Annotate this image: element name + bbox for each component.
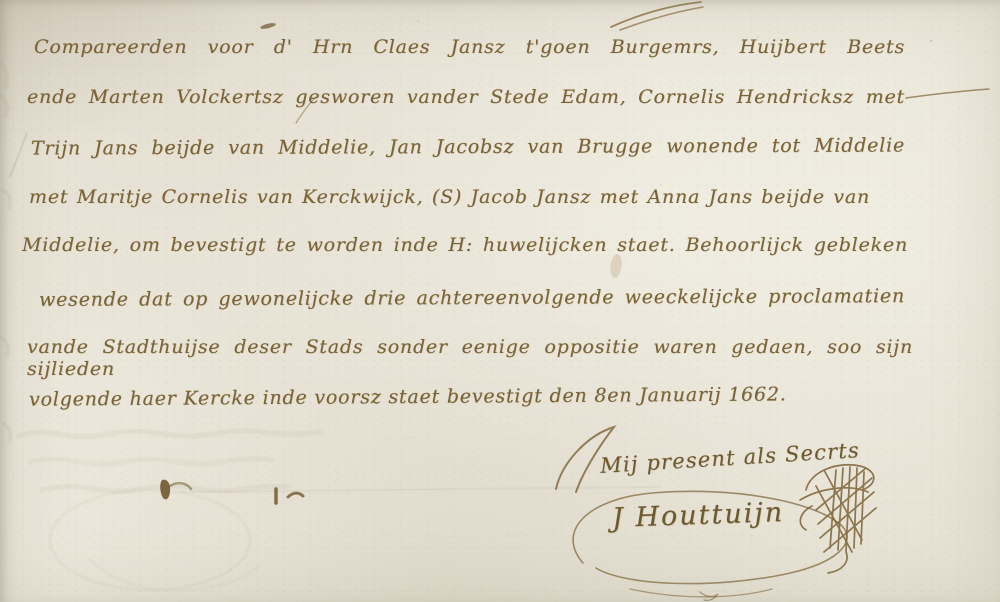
manuscript-text-block: Compareerden voor d' Hrn Claes Jansz t'g… [0,0,1000,602]
manuscript-line: Compareerden voor d' Hrn Claes Jansz t'g… [34,36,905,58]
manuscript-line: ende Marten Volckertsz gesworen vander S… [27,86,905,108]
manuscript-line: wesende dat op gewonelijcke drie achtere… [39,285,905,311]
manuscript-page: Compareerden voor d' Hrn Claes Jansz t'g… [0,0,1000,602]
attestation-line: Mij present als Secrts [600,438,861,478]
manuscript-line: Middelie, om bevestigt te worden inde H:… [22,234,908,256]
manuscript-line: Trijn Jans beijde van Middelie, Jan Jaco… [31,134,905,159]
manuscript-line: met Maritje Cornelis van Kerckwijck, (S)… [29,186,870,208]
manuscript-line: vande Stadthuijse deser Stads sonder een… [27,336,913,380]
manuscript-line: volgende haer Kercke inde voorsz staet b… [29,383,787,410]
signature-name: J Houttuijn [612,497,785,534]
